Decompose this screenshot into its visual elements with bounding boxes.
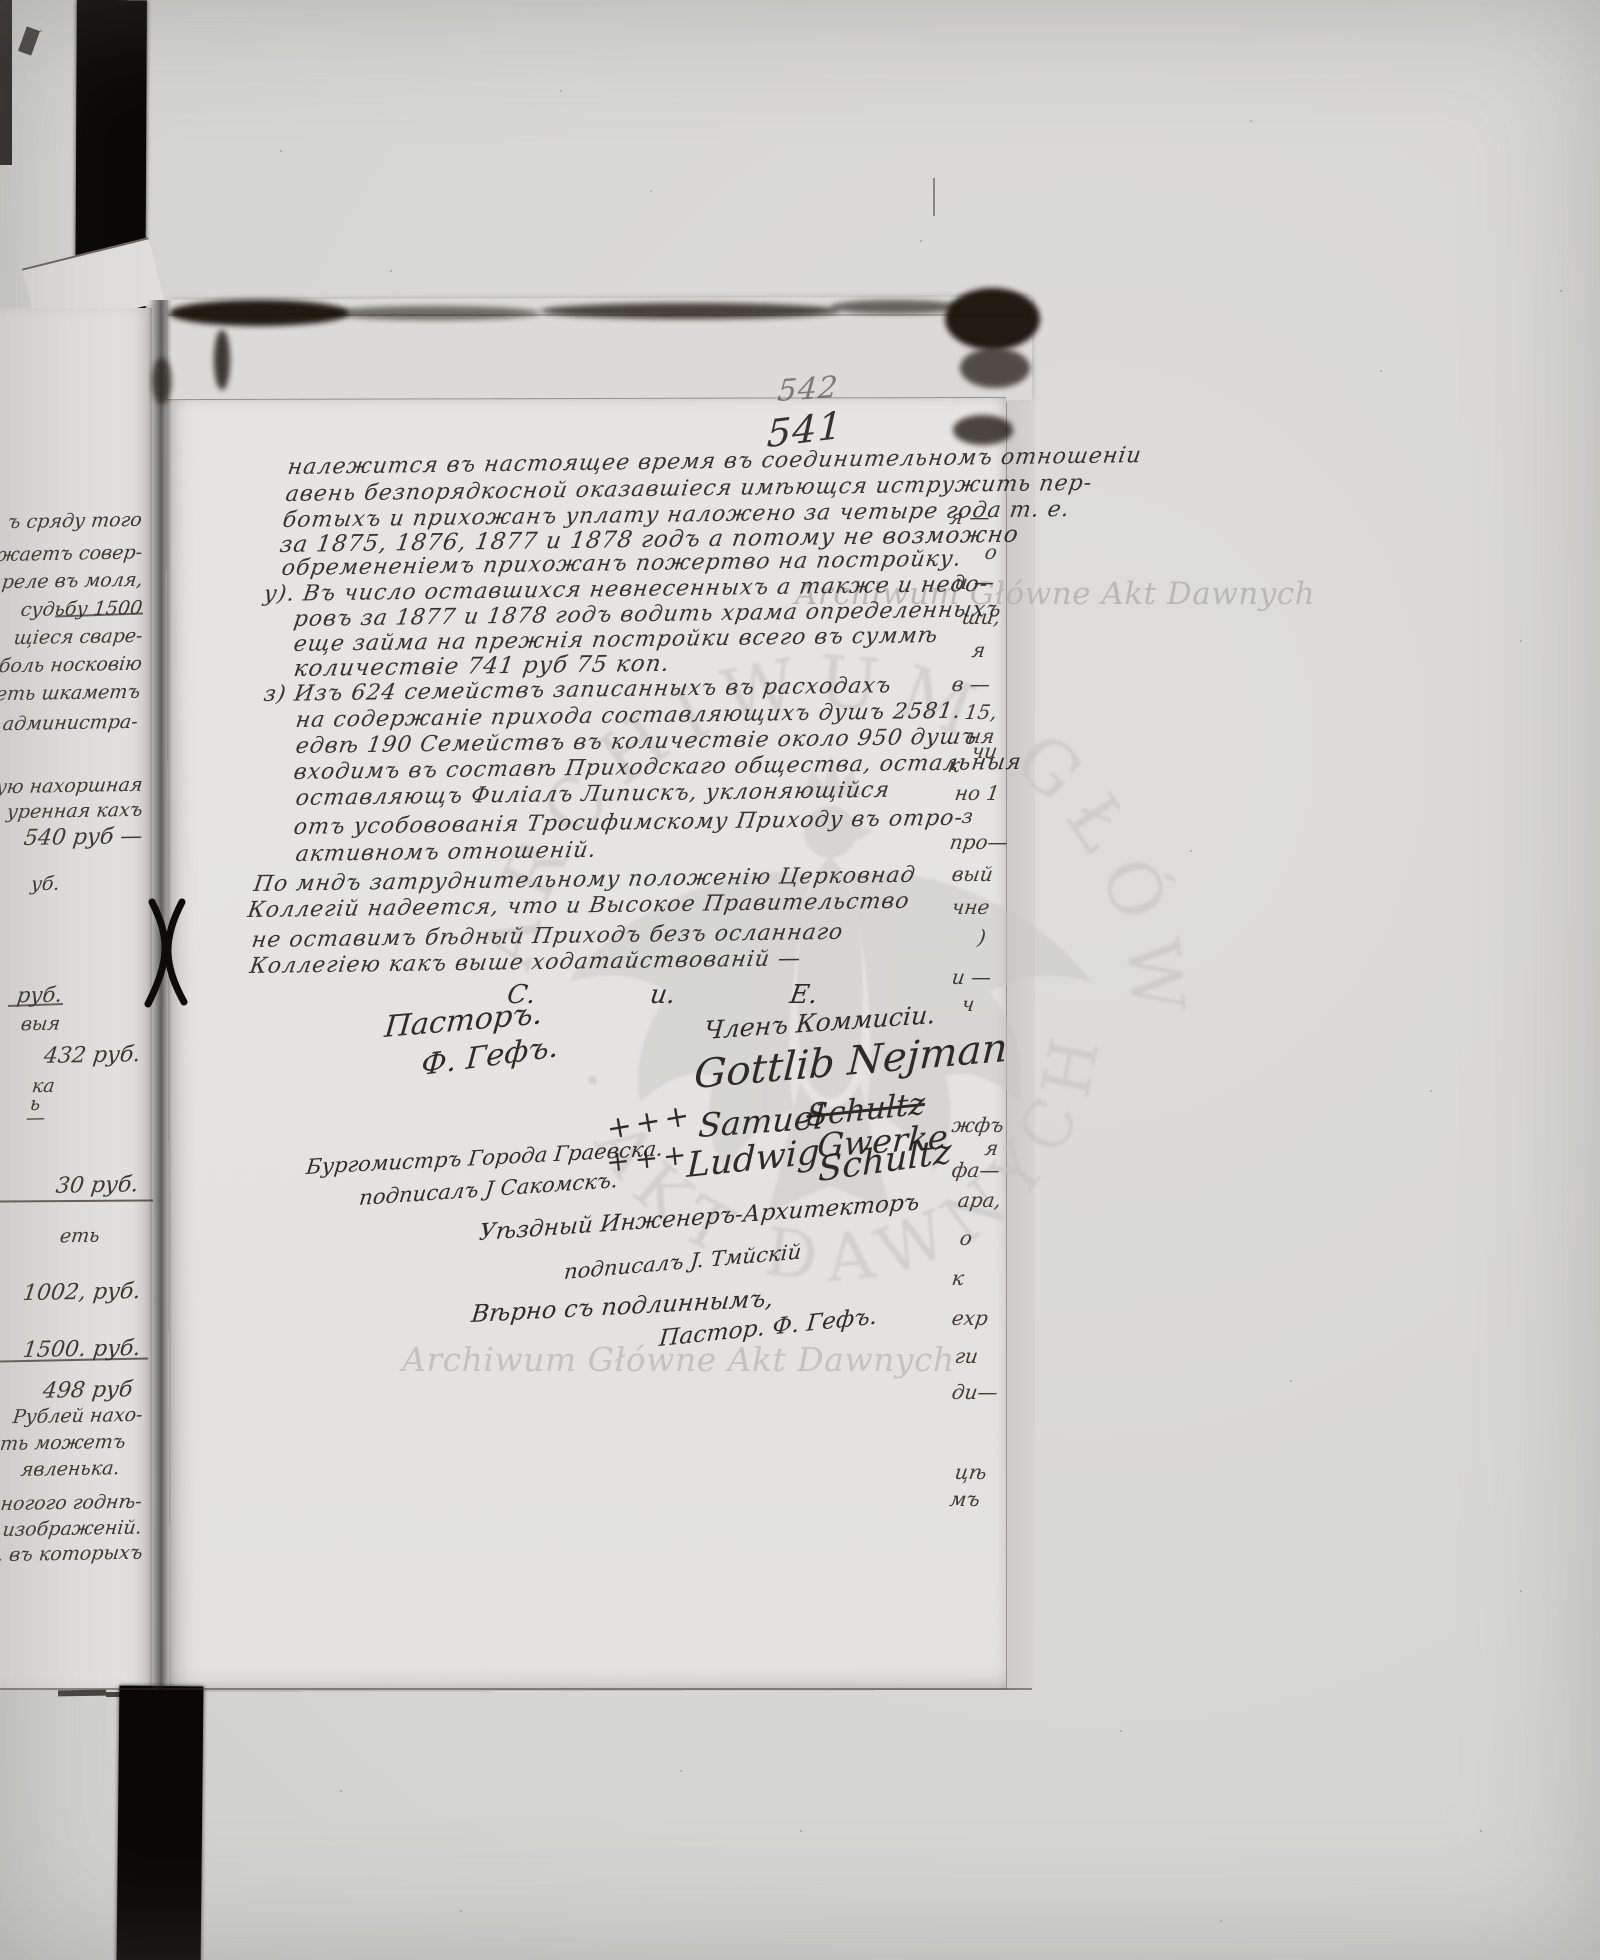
left-fragment: Рублей нахо- (11, 1404, 143, 1428)
left-fragment: 30 руб. (54, 1172, 140, 1198)
burn-smudge (330, 306, 540, 320)
left-fragment: выя (19, 1013, 61, 1036)
left-fragment: еть можетъ (0, 1431, 127, 1455)
left-fragment: — (25, 1107, 47, 1129)
right-fragment: чне (950, 895, 991, 919)
right-fragment: цѣ (953, 1460, 988, 1484)
left-fragment: ую нахоршная (0, 774, 144, 799)
right-fragment: чи (970, 739, 999, 763)
left-fragment: въ изображеній. (0, 1517, 144, 1542)
left-fragment: боль носковію (0, 653, 144, 677)
left-fragment: уб. (30, 873, 61, 895)
closing-initials: С. и. Е. (505, 980, 820, 1010)
right-fragment: и — (950, 965, 993, 989)
left-fragment: 498 руб (41, 1377, 134, 1404)
burn-blotch (960, 348, 1030, 388)
right-fragment: ди— (950, 1380, 999, 1404)
left-fragment: и, въ которыхъ (0, 1542, 144, 1567)
left-fragment: явленька. (20, 1457, 121, 1481)
left-fragment: ъ сряду того (7, 509, 144, 533)
film-tick-mark (106, 1692, 120, 1697)
right-fragment: но 1 (953, 781, 1001, 805)
right-fragment: фа— (950, 1158, 1001, 1182)
left-fragment: 540 руб — (22, 824, 144, 851)
page-number-previous: 542 (776, 370, 840, 409)
left-fragment: судьбу 1500 (19, 597, 143, 621)
film-edge-band-bottom (117, 1686, 204, 1960)
archival-scan-photo: ARCHIWUM GŁÓWNE · AKT DAWNYCH · Archiwum… (0, 0, 1600, 1960)
left-fragment: 1002, руб. (21, 1279, 142, 1306)
right-fragment: мъ (948, 1487, 981, 1511)
left-fragment: администра- (2, 711, 140, 735)
left-fragment: бражаетъ совер- (0, 541, 144, 566)
right-fragment: ги (953, 1344, 979, 1368)
left-fragment: еть (59, 1225, 101, 1248)
burn-spot (953, 415, 1013, 445)
burn-smudge (540, 303, 840, 319)
binding-stitch-x (138, 898, 194, 1008)
film-edge-streak (0, 0, 12, 165)
burn-streak (214, 330, 230, 390)
right-fragment: и — (953, 570, 996, 594)
left-fragment: реле въ моля, (0, 569, 143, 593)
right-fragment: ара, (956, 1188, 1002, 1212)
right-fragment: ши, (960, 605, 1002, 629)
film-edge-mark (18, 26, 40, 55)
burn-streak (152, 358, 172, 404)
burn-smudge (169, 300, 349, 326)
left-fragment: 432 руб. (42, 1042, 142, 1069)
film-tick-mark (58, 1690, 106, 1697)
left-fragment: еть шкаметъ (0, 681, 142, 706)
left-fragment: уренная кахъ (5, 799, 143, 823)
scratch-mark (933, 178, 935, 216)
left-fragment: многого годнѣ- (0, 1491, 144, 1516)
manuscript-line: активномъ отношеній. (294, 838, 598, 867)
right-fragment: жфъ (950, 1113, 1005, 1137)
right-fragment: в — (950, 672, 991, 696)
right-fragment: ехр (950, 1306, 989, 1330)
left-fragment: щіеся сваре- (12, 625, 143, 649)
right-fragment: вый (950, 862, 994, 886)
right-fragment: про— (948, 830, 1009, 854)
burn-smudge (830, 300, 960, 314)
right-fragment: 15, (963, 700, 998, 724)
burn-blotch-corner (945, 288, 1040, 350)
right-fragment: я — (948, 505, 991, 529)
